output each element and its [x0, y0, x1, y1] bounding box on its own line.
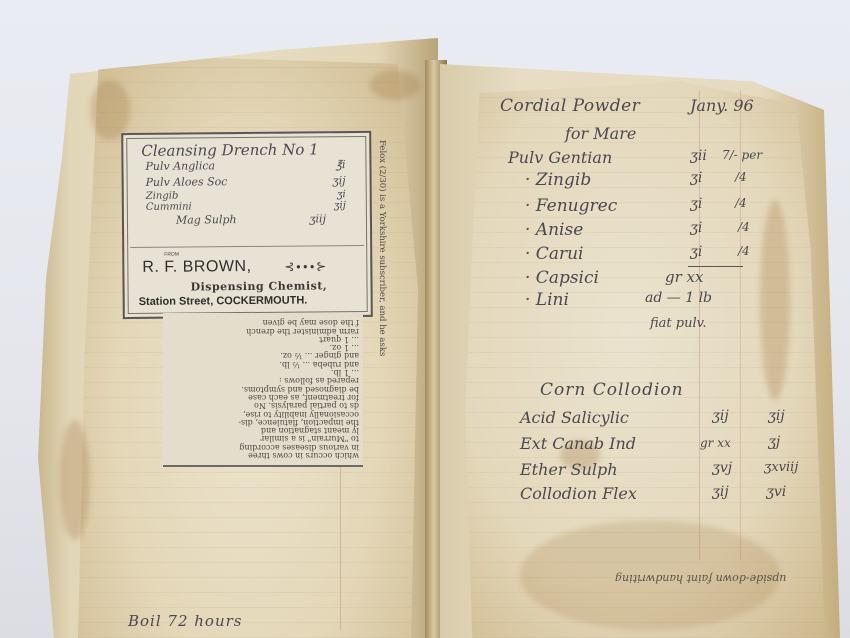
recipe-title: Cordial Powder — [500, 96, 640, 116]
recipe-subtitle: for Mare — [565, 124, 636, 143]
label-line-qty: ʒij — [332, 173, 345, 189]
ingredient-name: · Anise — [525, 220, 583, 240]
label-from: FROM — [124, 250, 370, 258]
label-line-qty: ʒij — [334, 200, 346, 211]
ornament-icon: ⊰∙∙∙⊱ — [284, 259, 327, 273]
chemist-label: Cleansing Drench No 1 Pulv Anglica ℥i Pu… — [121, 131, 373, 319]
label-line: Pulv Aloes Soc ʒij — [146, 173, 346, 191]
clipping-line: for treatment, as each case — [167, 393, 359, 401]
ingredient-qty: ʒxviij — [764, 460, 798, 475]
ingredient-name: Pulv Gentian — [508, 148, 612, 167]
ingredient-price: /4 — [735, 196, 747, 210]
ingredient-name: · Zingib — [525, 170, 591, 190]
ingredient-qty: ʒvj — [712, 460, 732, 476]
clipping-text: which occurs in cows three in various di… — [167, 317, 359, 459]
clipping-line: which occurs in cows three — [167, 451, 359, 459]
ingredient-qty: ʒi — [690, 170, 702, 186]
ingredient-name: · Carui — [525, 244, 583, 264]
clipping-line: be diagnosed and symptoms. — [167, 384, 359, 392]
label-line-item: Pulv Anglica — [145, 158, 215, 175]
label-line-item: Cummini — [146, 201, 192, 212]
ingredient-price: 7/- per — [722, 148, 762, 162]
label-handwriting: Cleansing Drench No 1 Pulv Anglica ℥i Pu… — [135, 141, 361, 255]
paper-stain — [60, 420, 90, 540]
clipping-line: ly meant stagnation and — [167, 426, 359, 434]
chemist-role: Dispensing Chemist, — [190, 279, 327, 293]
clipping-line: ds to partial paralysis. No — [167, 401, 359, 409]
clipping-line: ... 1 lb. — [167, 368, 359, 376]
ingredient-price: /4 — [738, 244, 750, 258]
paper-stain — [90, 80, 130, 140]
ingredient-qty: ʒi — [690, 220, 702, 236]
label-line: Pulv Anglica ℥i — [145, 157, 345, 175]
ingredient-name: Ext Canab Ind — [520, 434, 636, 453]
clipping-line: and ginger ... ½ oz. — [167, 351, 359, 359]
clipping-line: f the dose may be given — [167, 318, 359, 326]
clipping-line: to "Murrain" is a similar — [167, 434, 359, 442]
ingredient-name: · Capsici — [525, 268, 599, 288]
ingredient-qty: gr xx — [700, 436, 731, 450]
clipping-line: repared as follows : — [167, 376, 359, 384]
clipping-line: ... 1 oz. — [167, 343, 359, 351]
clipping-line: in various diseases according — [167, 442, 359, 450]
ingredient-price: /4 — [735, 170, 747, 184]
chemist-address: Station Street, COCKERMOUTH. — [139, 294, 308, 307]
ingredient-price: /4 — [738, 220, 750, 234]
ingredient-qty: ad — 1 lb — [645, 290, 712, 306]
ingredient-name: Acid Salicylic — [520, 408, 629, 427]
recipe-title: Corn Collodion — [540, 380, 684, 400]
clipping-side-text: Felox (2/30) is a Yorkshire subscriber, … — [367, 140, 387, 460]
ingredient-name: Collodion Flex — [520, 484, 637, 503]
label-line-item: Mag Sulph — [176, 212, 237, 229]
label-line: Mag Sulph ʒiij — [176, 211, 326, 228]
ingredient-qty: ʒi — [690, 244, 702, 260]
clipping-line: rarm administer the drench — [167, 326, 359, 334]
clipping-line: and rubeba ... ½ lb. — [167, 359, 359, 367]
clipping-line: occasionally inability to rise, — [167, 409, 359, 417]
newspaper-clipping: which occurs in cows three in various di… — [163, 313, 363, 467]
ingredient-qty: ʒj — [768, 434, 780, 450]
ingredient-qty: ʒi — [690, 196, 702, 212]
clipping-line: ... 1 quart — [167, 335, 359, 343]
recipe-date: Jany. 96 — [690, 96, 754, 115]
ingredient-qty: ʒii — [690, 148, 707, 164]
chemist-name: R. F. BROWN, — [142, 258, 251, 277]
ingredient-name: · Lini — [525, 290, 569, 310]
clipping-line: the impaction, flatulence, dis- — [167, 418, 359, 426]
ingredient-name: Ether Sulph — [520, 460, 618, 479]
label-line-qty: ℥i — [336, 157, 346, 173]
ingredient-qty: ʒij — [768, 408, 785, 424]
label-line-item: Pulv Aloes Soc — [146, 174, 228, 191]
ingredient-qty: ʒij — [712, 484, 729, 500]
recipe-footer: fiat pulv. — [650, 316, 707, 331]
ingredient-qty: ʒvi — [766, 484, 786, 500]
open-recipe-book: Cleansing Drench No 1 Pulv Anglica ℥i Pu… — [0, 0, 850, 638]
label-line-qty: ʒi — [337, 189, 346, 200]
label-line-item: Zingib — [146, 191, 179, 202]
label-line-qty: ʒiij — [309, 211, 326, 227]
right-bottom-note: upside-down faint handwriting — [615, 572, 786, 585]
ingredient-qty: gr xx — [665, 268, 703, 286]
ingredient-qty: ʒij — [712, 408, 729, 424]
left-bottom-note: Boil 72 hours — [128, 612, 243, 630]
total-rule — [688, 266, 743, 267]
label-handwritten-title: Cleansing Drench No 1 — [141, 141, 360, 159]
ingredient-name: · Fenugrec — [525, 196, 617, 216]
paper-stain — [370, 70, 420, 100]
paper-stain — [760, 200, 790, 400]
